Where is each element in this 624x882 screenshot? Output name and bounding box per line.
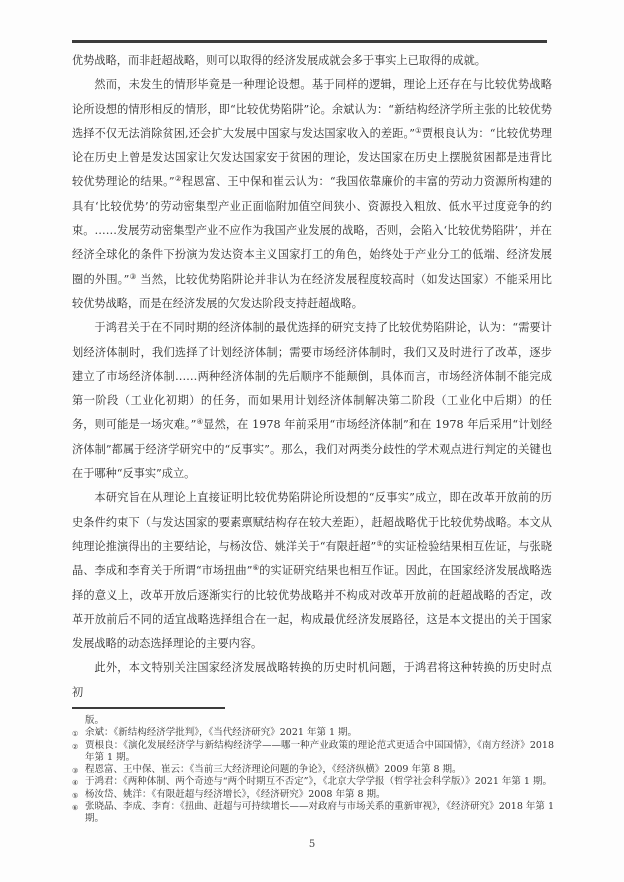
footnote-text: 版。 xyxy=(85,715,104,726)
document-page: 优势战略，而非赶超战略，则可以取得的经济发展成就会多于事实上已取得的成就。然而，… xyxy=(0,0,624,882)
footnote-reference: ① xyxy=(415,126,422,135)
header-rule xyxy=(72,40,547,43)
page-number: 5 xyxy=(0,839,624,850)
footnote-text: 张晓晶、李成、李育：《扭曲、赶超与可持续增长——对政府与市场关系的重新审视》，《… xyxy=(85,801,554,824)
footnote-text: 余斌：《新结构经济学批判》，《当代经济研究》2021 年第 1 期。 xyxy=(85,727,357,738)
body-paragraph: 于鸿君关于在不同时期的经济体制的最优选择的研究支持了比较优势陷阱论，认为：“需要… xyxy=(72,316,552,486)
footnote-item: ①余斌：《新结构经济学批判》，《当代经济研究》2021 年第 1 期。 xyxy=(72,727,554,739)
footnote-text: 于鸿君：《两种体制、两个奇迹与“两个时期互不否定”》，《北京大学学报（哲学社会科… xyxy=(85,776,552,787)
body-text: 优势战略，而非赶超战略，则可以取得的经济发展成就会多于事实上已取得的成就。然而，… xyxy=(72,49,552,705)
footnote-item: ④于鸿君：《两种体制、两个奇迹与“两个时期互不否定”》，《北京大学学报（哲学社会… xyxy=(72,776,554,788)
footnote-text: 程恩富、王中保、崔云：《当前三大经济理论问题的争论》，《经济纵横》2009 年第… xyxy=(85,764,462,775)
footnote-separator xyxy=(72,707,225,709)
footnote-item: ⑤杨汝岱、姚洋：《有限赶超与经济增长》，《经济研究》2008 年第 8 期。 xyxy=(72,789,554,801)
footnote-text: 贾根良：《演化发展经济学与新结构经济学——哪一种产业政策的理论范式更适合中国国情… xyxy=(85,740,554,763)
footnote-marker: ② xyxy=(72,741,78,753)
body-paragraph: 本研究旨在从理论上直接证明比较优势陷阱论所设想的“反事实”成立，即在改革开放前的… xyxy=(72,486,552,656)
footnote-reference: ④ xyxy=(196,417,203,426)
body-paragraph: 然而，未发生的情形毕竟是一种理论设想。基于同样的逻辑，理论上还存在与比较优势战略… xyxy=(72,73,552,316)
footnote-reference: ⑤ xyxy=(376,539,383,548)
footnote-item: ②贾根良：《演化发展经济学与新结构经济学——哪一种产业政策的理论范式更适合中国国… xyxy=(72,740,554,765)
footnote-item: ③程恩富、王中保、崔云：《当前三大经济理论问题的争论》，《经济纵横》2009 年… xyxy=(72,764,554,776)
body-paragraph: 此外，本文特别关注国家经济发展战略转换的历史时机问题，于鸿君将这种转换的历史时点… xyxy=(72,656,552,705)
footnote-marker: ⑥ xyxy=(72,802,78,814)
footnote-reference: ⑥ xyxy=(252,563,259,572)
footnote-text: 杨汝岱、姚洋：《有限赶超与经济增长》，《经济研究》2008 年第 8 期。 xyxy=(85,789,386,800)
footnote-reference: ③ xyxy=(129,272,136,281)
footnote-continuation: 版。 xyxy=(72,715,554,727)
body-paragraph: 优势战略，而非赶超战略，则可以取得的经济发展成就会多于事实上已取得的成就。 xyxy=(72,49,552,73)
footnote-item: ⑥张晓晶、李成、李育：《扭曲、赶超与可持续增长——对政府与市场关系的重新审视》，… xyxy=(72,801,554,826)
footnote-reference: ② xyxy=(175,174,182,183)
footnotes: 版。①余斌：《新结构经济学批判》，《当代经济研究》2021 年第 1 期。②贾根… xyxy=(72,715,554,826)
